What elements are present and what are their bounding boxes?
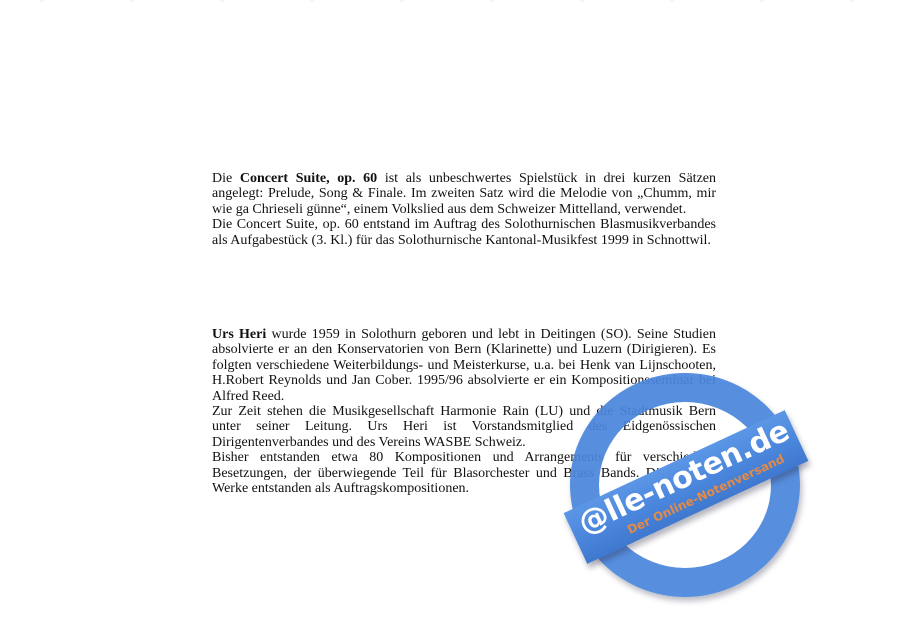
document-page: Die Concert Suite, op. 60 ist als unbesc…	[0, 0, 905, 640]
bio-leadership-paragraph: Zur Zeit stehen die Musikgesellschaft Ha…	[212, 404, 716, 450]
suite-intro-paragraph: Die Concert Suite, op. 60 ist als unbesc…	[212, 171, 716, 217]
suite-commission-paragraph: Die Concert Suite, op. 60 entstand im Au…	[212, 217, 716, 248]
composer-name: Urs Heri	[212, 327, 266, 342]
composer-biography: Urs Heri wurde 1959 in Solothurn geboren…	[212, 327, 716, 496]
bio-works-paragraph: Bisher entstanden etwa 80 Kompositionen …	[212, 450, 716, 496]
suite-title: Concert Suite, op. 60	[240, 171, 377, 186]
scan-edge	[0, 0, 905, 2]
suite-intro-prefix: Die	[212, 171, 240, 186]
concert-suite-description: Die Concert Suite, op. 60 ist als unbesc…	[212, 171, 716, 248]
bio-text: wurde 1959 in Solothurn geboren und lebt…	[212, 327, 716, 404]
bio-intro-paragraph: Urs Heri wurde 1959 in Solothurn geboren…	[212, 327, 716, 404]
